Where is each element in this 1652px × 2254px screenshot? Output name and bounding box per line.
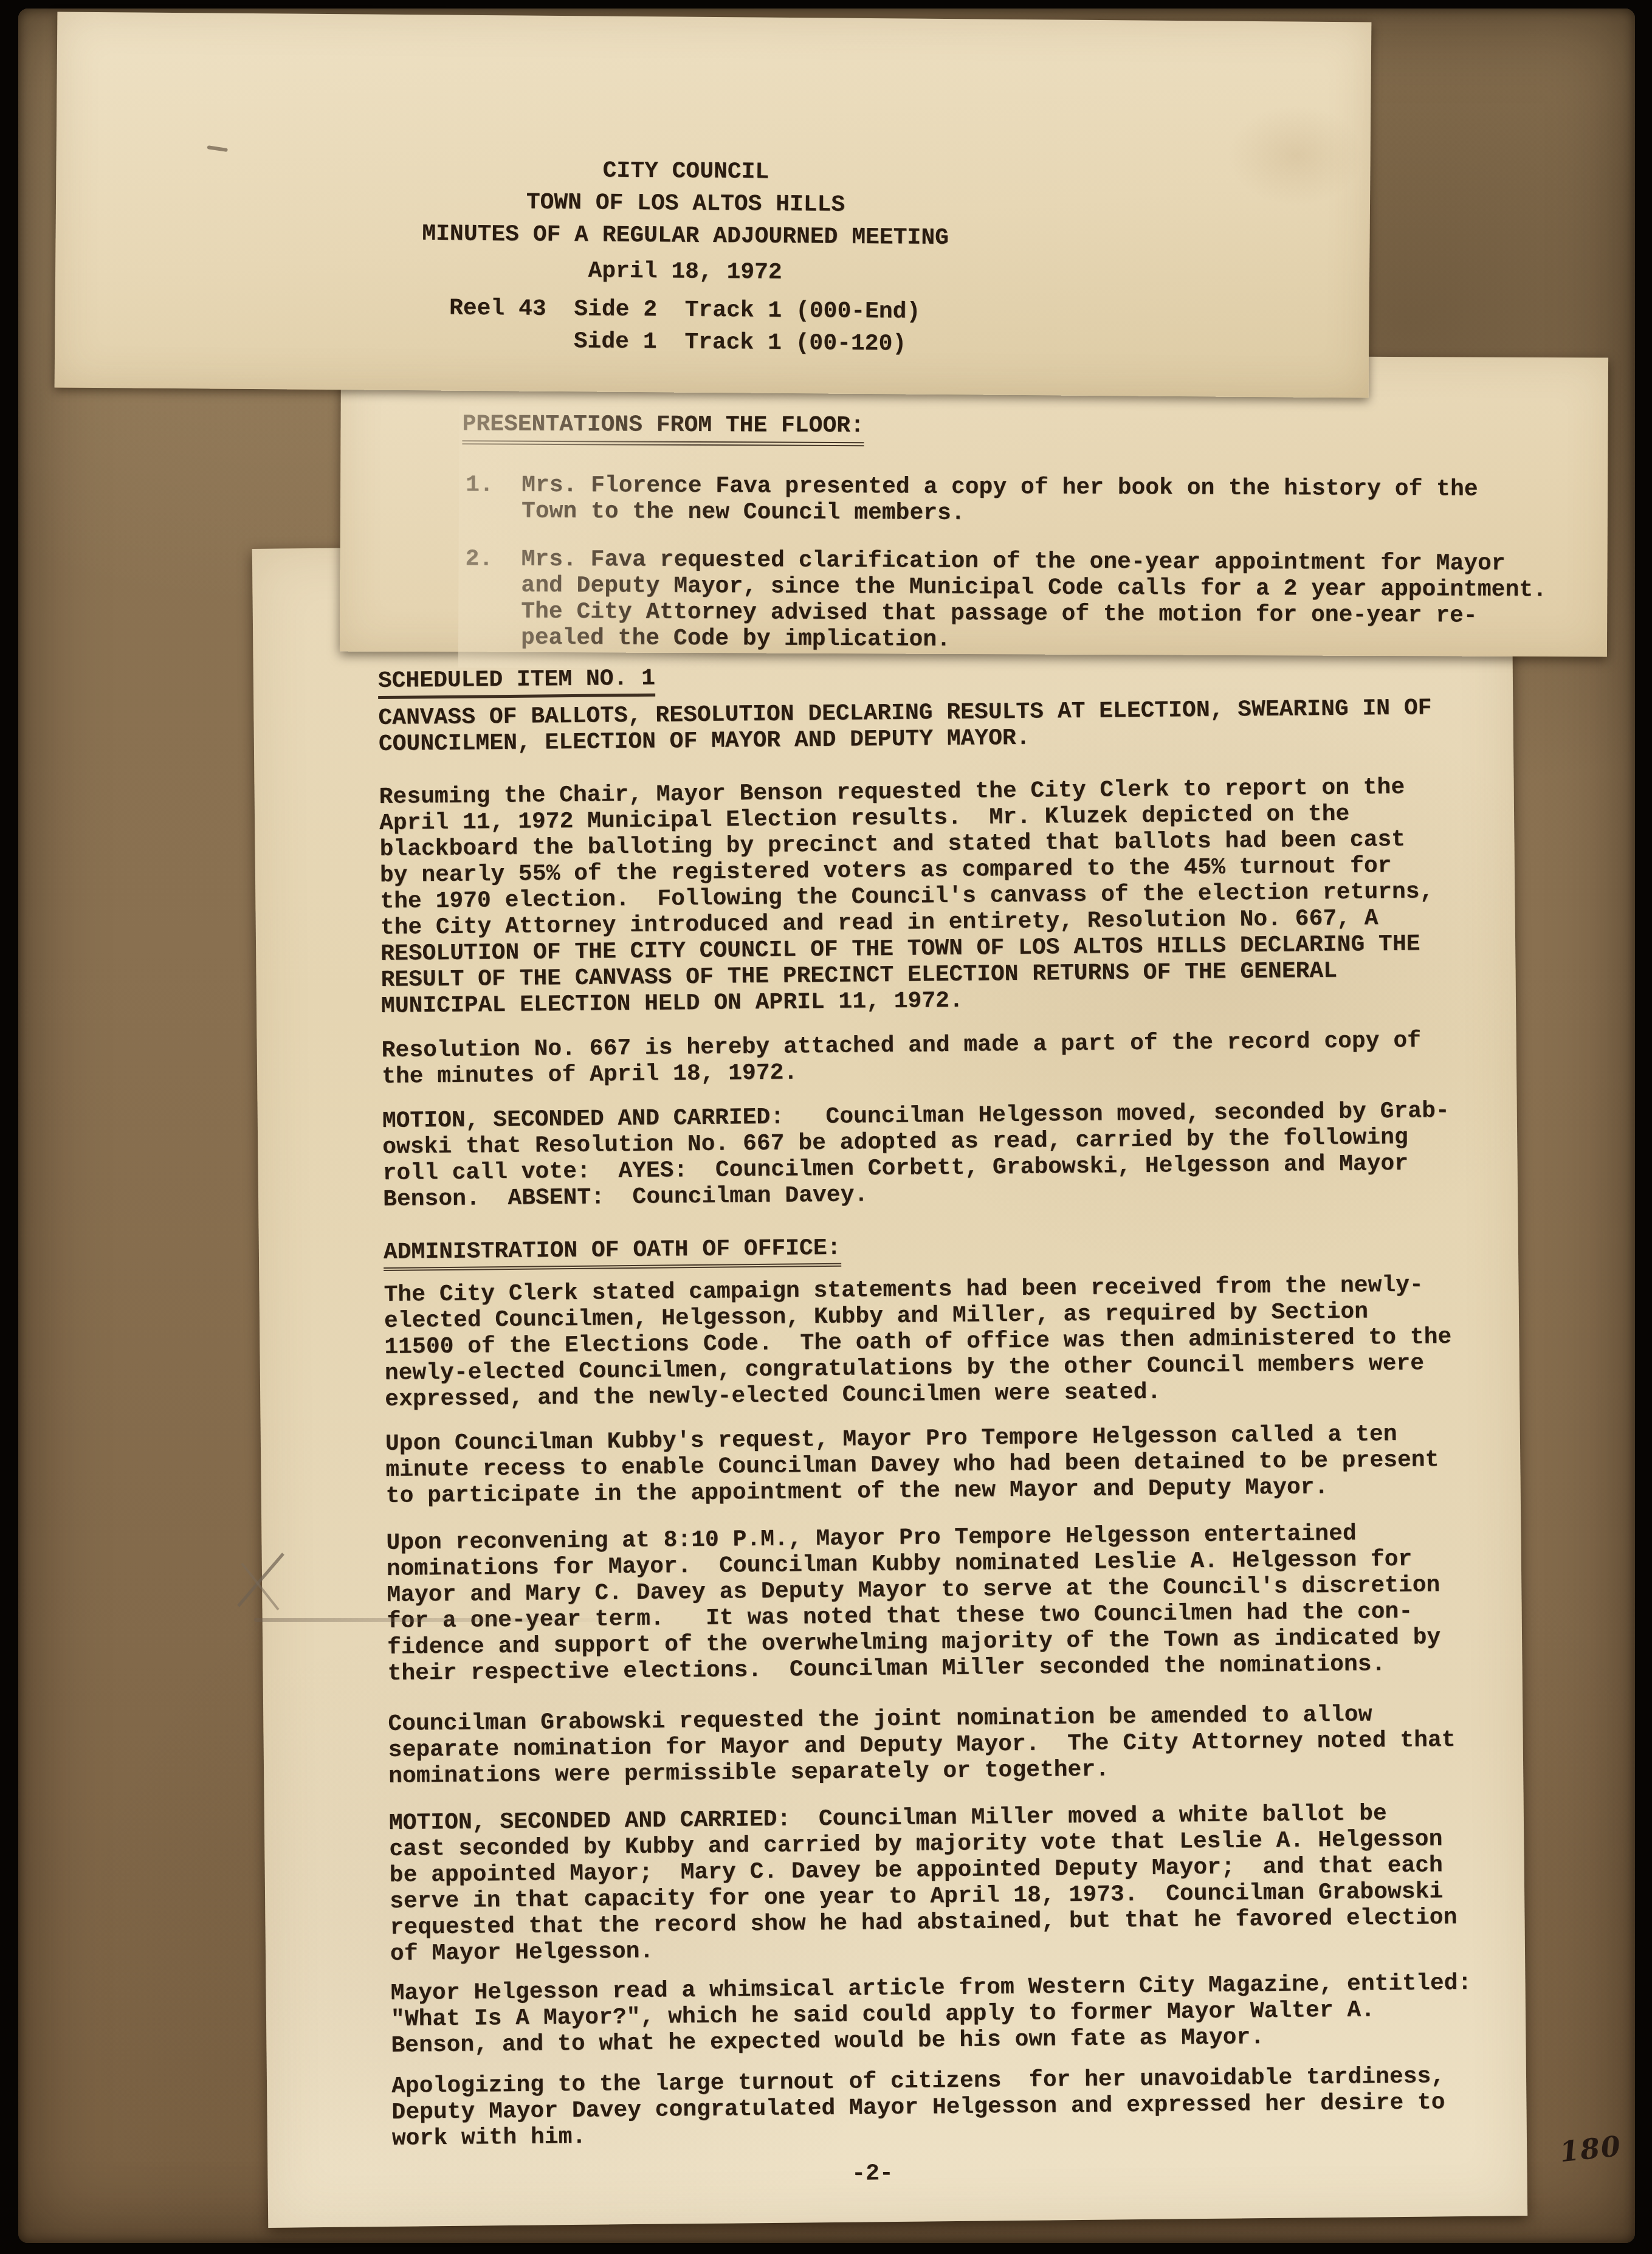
list-item-text: Mrs. Fava requested clarification of the… [521,546,1566,655]
minutes-page-sheet: SCHEDULED ITEM NO. 1 CANVASS OF BALLOTS,… [252,537,1527,2228]
list-item-text: Mrs. Florence Fava presented a copy of h… [521,472,1566,529]
list-item: 2. Mrs. Fava requested clarification of … [465,546,1566,655]
meeting-date: April 18, 1972 [55,251,1315,293]
list-item-number: 1. [466,472,494,498]
paragraph: Upon reconvening at 8:10 P.M., Mayor Pro… [386,1519,1524,1687]
presentations-card: PRESENTATIONS FROM THE FLOOR: 1. Mrs. Fl… [340,352,1608,657]
scheduled-item-heading: SCHEDULED ITEM NO. 1 [378,666,656,699]
paragraph: Mayor Helgesson read a whimsical article… [390,1970,1527,2059]
paragraph-motion-667: MOTION, SECONDED AND CARRIED: Councilman… [382,1097,1520,1213]
paragraph: Resolution No. 667 is hereby attached an… [382,1027,1519,1090]
reel-info: Reel 43 Side 2 Track 1 (000-End) Side 1 … [449,292,920,360]
presentations-heading: PRESENTATIONS FROM THE FLOOR: [462,411,864,446]
oath-of-office-heading: ADMINISTRATION OF OATH OF OFFICE: [384,1235,841,1271]
corner-page-index: 180 [1558,2129,1623,2168]
list-item: 1. Mrs. Florence Fava presented a copy o… [466,472,1566,529]
list-item-number: 2. [466,546,494,572]
paragraph: Councilman Grabowski requested the joint… [388,1700,1525,1790]
paragraph: Apologizing to the large turnout of citi… [391,2063,1529,2152]
paragraph: The City Clerk stated campaign statement… [384,1271,1521,1413]
minutes-body: SCHEDULED ITEM NO. 1 CANVASS OF BALLOTS,… [378,657,1529,2191]
paragraph-motion-mayor: MOTION, SECONDED AND CARRIED: Councilman… [389,1799,1527,1967]
pencil-cross-mark [232,1550,291,1613]
header-card: CITY COUNCIL TOWN OF LOS ALTOS HILLS MIN… [55,12,1372,398]
header-text-block: CITY COUNCIL TOWN OF LOS ALTOS HILLS MIN… [55,12,1371,364]
paragraph: Resuming the Chair, Mayor Benson request… [379,773,1518,1019]
scheduled-item-subheading: CANVASS OF BALLOTS, RESOLUTION DECLARING… [378,694,1515,757]
scanned-minutes-page: CITY COUNCIL TOWN OF LOS ALTOS HILLS MIN… [0,0,1652,2254]
page-number: -2- [392,2156,1352,2191]
paragraph: Upon Councilman Kubby's request, Mayor P… [385,1420,1523,1509]
pencil-underline-smudge [254,1618,619,1622]
